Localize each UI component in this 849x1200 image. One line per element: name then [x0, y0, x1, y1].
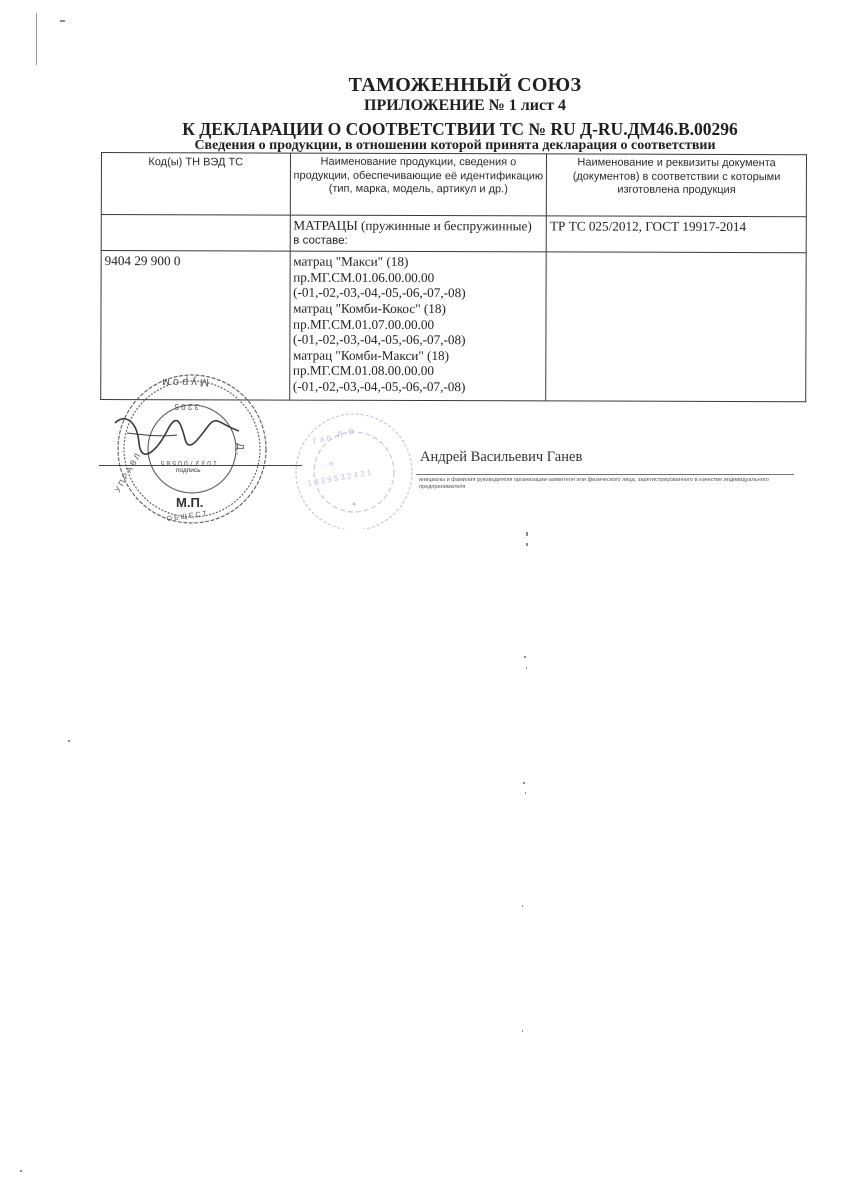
scan-speck	[526, 543, 528, 546]
product-table: Код(ы) ТН ВЭД ТС Наименование продукции,…	[100, 152, 807, 402]
scan-speck	[526, 667, 527, 669]
appendix-title: ПРИЛОЖЕНИЕ № 1 лист 4	[0, 97, 849, 115]
declaration-number-title: К ДЕКЛАРАЦИИ О СООТВЕТСТВИИ ТС № RU Д-RU…	[0, 119, 849, 140]
scan-speck	[524, 656, 526, 658]
signer-name: Андрей Васильевич Ганев	[420, 449, 582, 466]
product-item-drawing: пр.МГ.СМ.01.06.00.00.00	[293, 269, 543, 285]
scan-speck	[20, 1170, 22, 1172]
product-category: МАТРАЦЫ (пружинные и беспружинные)	[293, 218, 543, 234]
scan-artifact-line	[36, 13, 37, 65]
product-item-drawing: пр.МГ.СМ.01.07.00.00.00	[293, 316, 543, 332]
svg-text:1 3 3 9 5 3 2 4 2 1: 1 3 3 9 5 3 2 4 2 1	[307, 468, 373, 488]
product-item-drawing: пр.МГ.СМ.01.08.00.00.00	[293, 363, 543, 379]
documents-cell	[546, 252, 806, 402]
svg-text:М у р о м: М у р о м	[162, 376, 209, 388]
scan-speck	[525, 792, 526, 794]
documents-cell: ТР ТС 025/2012, ГОСТ 19917-2014	[546, 216, 806, 253]
faded-stamp-icon: Г а л . Л . В . . н 1 3 3 9 5 3 2 4 2 1	[282, 404, 422, 529]
scan-speck	[523, 782, 525, 784]
customs-union-title: ТАМОЖЕННЫЙ СОЮЗ	[0, 74, 849, 97]
declaration-page: ТАМОЖЕННЫЙ СОЮЗ ПРИЛОЖЕНИЕ № 1 лист 4 К …	[0, 0, 849, 1200]
product-item-variants: (-01,-02,-03,-04,-05,-06,-07,-08)	[293, 379, 543, 395]
code-cell	[101, 215, 290, 252]
svg-text:У П Р А В Л: У П Р А В Л	[113, 452, 142, 494]
svg-text:3 2 9 5: 3 2 9 5	[174, 402, 199, 411]
signer-caption: инициалы и фамилия руководителя организа…	[419, 477, 809, 491]
column-header-product: Наименование продукции, сведения о проду…	[290, 153, 547, 216]
column-header-code: Код(ы) ТН ВЭД ТС	[101, 153, 290, 216]
product-composition-label: в составе:	[293, 233, 543, 249]
svg-text:О Б Щ Е С Т: О Б Щ Е С Т	[166, 510, 208, 523]
scan-speck	[522, 905, 523, 907]
product-items-cell: матрац "Макси" (18) пр.МГ.СМ.01.06.00.00…	[289, 251, 546, 401]
svg-text:. . н: . . н	[320, 459, 333, 468]
scan-speck	[522, 1030, 523, 1032]
svg-text:Г а л . Л . В: Г а л . Л . В	[312, 426, 355, 446]
signature-caption: подпись	[176, 467, 201, 474]
product-item-variants: (-01,-02,-03,-04,-05,-06,-07,-08)	[293, 285, 543, 301]
scan-speck	[60, 20, 65, 22]
svg-text:Д .: Д .	[234, 443, 245, 455]
signer-underline	[416, 474, 794, 475]
table-header-row: Код(ы) ТН ВЭД ТС Наименование продукции,…	[101, 153, 806, 217]
product-item-name: матрац "Комби-Кокос" (18)	[293, 301, 543, 317]
scan-speck	[68, 740, 70, 742]
product-item-name: матрац "Комби-Макси" (18)	[293, 347, 543, 363]
column-header-documents: Наименование и реквизиты документа (доку…	[547, 154, 807, 217]
seal-place-label: М.П.	[176, 495, 203, 510]
scan-speck	[526, 532, 528, 536]
product-item-name: матрац "Макси" (18)	[293, 254, 543, 270]
table-row: МАТРАЦЫ (пружинные и беспружинные) в сос…	[101, 215, 806, 253]
signature-line	[99, 465, 302, 466]
product-cell: МАТРАЦЫ (пружинные и беспружинные) в сос…	[290, 215, 547, 252]
product-item-variants: (-01,-02,-03,-04,-05,-06,-07,-08)	[293, 332, 543, 348]
